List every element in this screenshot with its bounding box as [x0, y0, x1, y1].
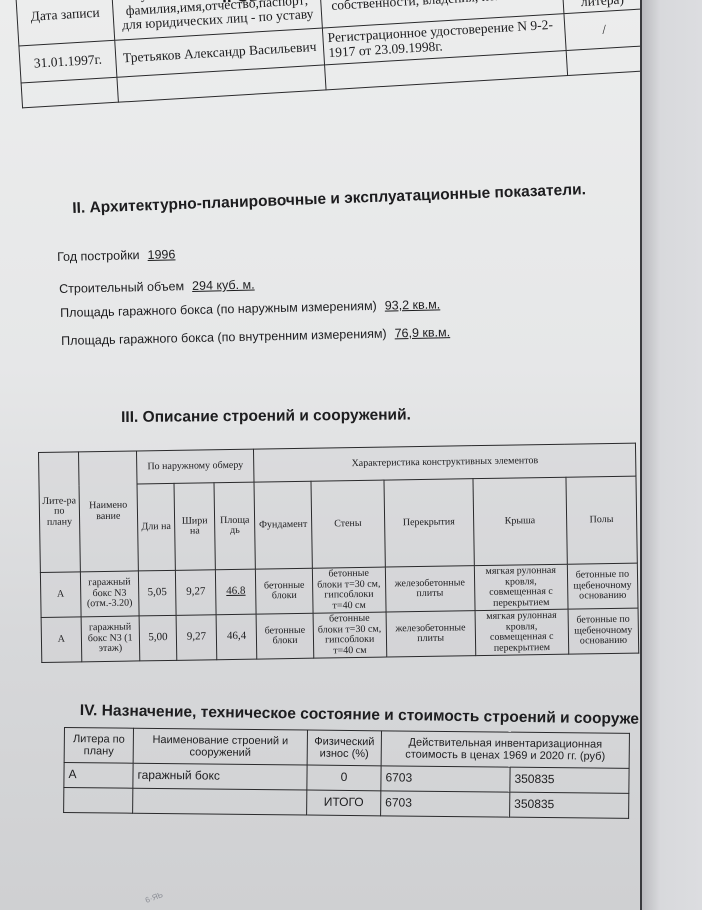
cell-cost-2020: 350835	[510, 767, 629, 793]
col-roof: Крыша	[473, 477, 567, 565]
col-length: Дли на	[137, 483, 176, 571]
inner-area-value: 76,9 кв.м.	[394, 325, 450, 340]
col-walls: Стены	[311, 480, 385, 568]
cell-date: 31.01.1997г.	[19, 40, 117, 83]
cell-area: 46,4	[216, 614, 257, 660]
col-foundation: Фундамент	[254, 481, 312, 569]
cell-litera	[566, 46, 645, 76]
col-date: Дата записи	[16, 0, 115, 46]
cell-total-label: ИТОГО	[307, 790, 381, 816]
cell-date	[21, 77, 118, 108]
cell-width: 9,27	[176, 570, 217, 616]
col-wear: Физический износ (%)	[307, 730, 381, 766]
build-year-label: Год постройки	[57, 248, 140, 264]
col-name: Наименование строений и сооружений	[133, 728, 307, 765]
cell-litera	[64, 788, 133, 814]
cell-floor: бетонные по щебеночному основанию	[568, 608, 639, 654]
col-width: Шири на	[174, 483, 215, 571]
cell-name: гаражный бокс	[133, 763, 307, 790]
cell-ceiling: железобетонные плиты	[385, 566, 475, 612]
col-area: Площа дь	[214, 482, 256, 570]
table-row: А гаражный бокс N3 (1 этаж) 5,00 9,27 46…	[41, 608, 639, 662]
cell-wear: 0	[307, 765, 381, 791]
build-year-value: 1996	[147, 247, 175, 262]
cell-cost-1969: 6703	[381, 791, 510, 817]
col-name: Наимено вание	[78, 451, 138, 572]
table-header-row: Литера по плану Наименование строений и …	[64, 728, 629, 769]
cell-name	[133, 788, 307, 815]
outer-area-label: Площадь гаражного бокса (по наружным изм…	[60, 299, 377, 320]
cell-walls: бетонные блоки т=30 см, гипсоблоки т=40 …	[312, 567, 385, 613]
section2-title: II. Архитектурно-планировочные и эксплуа…	[72, 181, 586, 218]
cell-roof: мягкая рулонная кровля, совмещенная с пе…	[474, 564, 568, 610]
cell-litera: /	[564, 9, 644, 51]
cell-foundation: бетонные блоки	[256, 568, 313, 614]
building-volume-label: Строительный объем	[59, 279, 184, 296]
build-year: Год постройки1996	[57, 247, 176, 264]
table-row: ИТОГО 6703 350835	[64, 788, 629, 819]
cell-cost-1969: 6703	[381, 766, 510, 792]
cost-table: Литера по плану Наименование строений и …	[63, 727, 630, 819]
document-page: I. Св... Дата записи Субъект права: для …	[0, 0, 644, 910]
inner-area-label: Площадь гаражного бокса (по внутренним и…	[61, 327, 387, 348]
cell-floor: бетонные по щебеночному основанию	[567, 563, 638, 609]
cell-name: гаражный бокс N3 (отм.-3.20)	[80, 571, 139, 617]
structures-table: Лите-ра по плану Наимено вание По наружн…	[38, 443, 639, 663]
cell-litera: А	[41, 617, 81, 663]
outer-area: Площадь гаражного бокса (по наружным изм…	[60, 297, 440, 320]
col-ceiling: Перекрытия	[384, 479, 475, 567]
cell-cost-2020: 350835	[510, 792, 629, 818]
cell-litera: А	[40, 572, 80, 618]
cell-name: гаражный бокс N3 (1 этаж)	[81, 616, 140, 662]
cell-roof: мягкая рулонная кровля, совмещенная с пе…	[475, 609, 569, 655]
col-litera: Лите-ра по плану	[39, 452, 81, 573]
building-volume: Строительный объем294 куб. м.	[59, 278, 255, 296]
col-litera: Литера по плану	[64, 728, 133, 764]
pencil-mark: 6·ЯЬ	[144, 890, 164, 905]
cell-width: 9,27	[176, 615, 217, 661]
section4-title: IV. Назначение, техническое состояние и …	[80, 702, 668, 729]
cell-walls: бетонные блоки т=30 см, гипсоблоки т=40 …	[313, 612, 386, 658]
ownership-table: Дата записи Субъект права: для граждан -…	[15, 0, 646, 108]
next-page-edge	[642, 0, 702, 910]
col-cost: Действительная инвентаризационная стоимо…	[381, 731, 629, 769]
col-outer-measure: По наружному обмеру	[136, 449, 254, 484]
building-volume-value: 294 куб. м.	[192, 278, 255, 293]
inner-area: Площадь гаражного бокса (по внутренним и…	[61, 325, 450, 348]
cell-length: 5,00	[139, 615, 177, 661]
section3-title: III. Описание строений и сооружений.	[121, 406, 411, 427]
cell-foundation: бетонные блоки	[256, 613, 313, 659]
cell-ceiling: железобетонные плиты	[386, 611, 476, 657]
cell-area: 46.8	[215, 569, 256, 615]
cell-length: 5,05	[138, 570, 176, 616]
outer-area-value: 93,2 кв.м.	[385, 297, 441, 312]
col-floor: Полы	[566, 476, 638, 564]
cell-litera: А	[64, 763, 133, 789]
